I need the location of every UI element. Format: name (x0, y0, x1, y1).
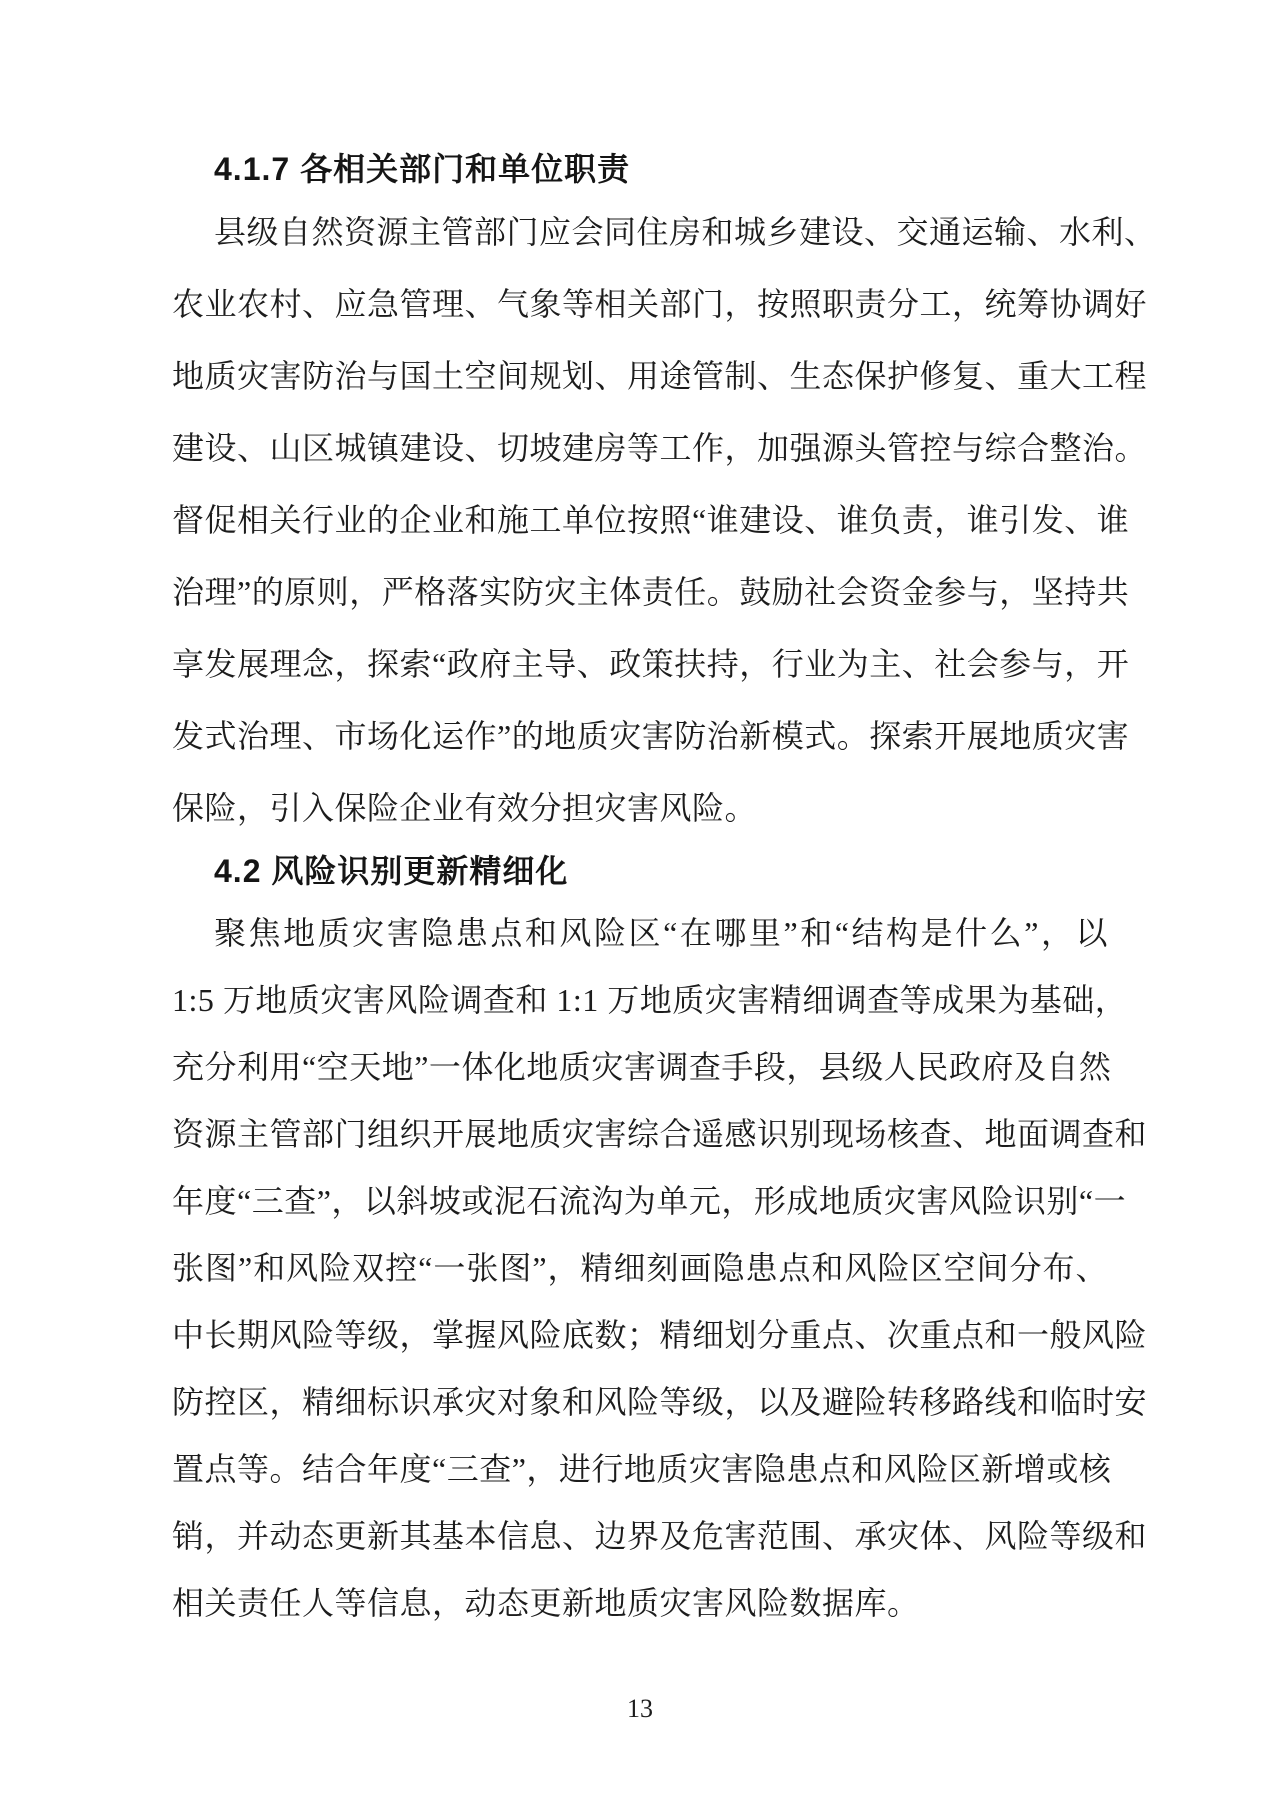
text-line: 防控区，精细标识承灾对象和风险等级，以及避险转移路线和临时安 (172, 1369, 1108, 1436)
text-line: 销，并动态更新其基本信息、边界及危害范围、承灾体、风险等级和 (172, 1503, 1108, 1570)
text-line: 置点等。结合年度“三查”，进行地质灾害隐患点和风险区新增或核 (172, 1436, 1108, 1503)
text-line: 聚焦地质灾害隐患点和风险区“在哪里”和“结构是什么”，以 (172, 900, 1108, 967)
paragraph-department-duties: 县级自然资源主管部门应会同住房和城乡建设、交通运输、水利、 农业农村、应急管理、… (172, 196, 1108, 844)
text-line: 县级自然资源主管部门应会同住房和城乡建设、交通运输、水利、 (172, 196, 1108, 268)
text-line: 相关责任人等信息，动态更新地质灾害风险数据库。 (172, 1570, 1108, 1637)
section-heading-4-2: 4.2 风险识别更新精细化 (214, 852, 1108, 890)
text-line: 1:5 万地质灾害风险调查和 1:1 万地质灾害精细调查等成果为基础， (172, 967, 1108, 1034)
text-line: 充分利用“空天地”一体化地质灾害调查手段，县级人民政府及自然 (172, 1034, 1108, 1101)
text-line: 建设、山区城镇建设、切坡建房等工作，加强源头管控与综合整治。 (172, 412, 1108, 484)
page-number: 13 (0, 1694, 1280, 1724)
text-line: 资源主管部门组织开展地质灾害综合遥感识别现场核查、地面调查和 (172, 1101, 1108, 1168)
text-line: 治理”的原则，严格落实防灾主体责任。鼓励社会资金参与，坚持共 (172, 556, 1108, 628)
text-line: 中长期风险等级，掌握风险底数；精细划分重点、次重点和一般风险 (172, 1302, 1108, 1369)
text-line: 年度“三查”，以斜坡或泥石流沟为单元，形成地质灾害风险识别“一 (172, 1168, 1108, 1235)
document-page: 4.1.7 各相关部门和单位职责 县级自然资源主管部门应会同住房和城乡建设、交通… (0, 0, 1280, 1810)
text-line: 发式治理、市场化运作”的地质灾害防治新模式。探索开展地质灾害 (172, 700, 1108, 772)
text-line: 张图”和风险双控“一张图”，精细刻画隐患点和风险区空间分布、 (172, 1235, 1108, 1302)
text-line: 享发展理念，探索“政府主导、政策扶持，行业为主、社会参与，开 (172, 628, 1108, 700)
section-heading-4-1-7: 4.1.7 各相关部门和单位职责 (214, 150, 1108, 188)
text-line: 农业农村、应急管理、气象等相关部门，按照职责分工，统筹协调好 (172, 268, 1108, 340)
paragraph-risk-identification: 聚焦地质灾害隐患点和风险区“在哪里”和“结构是什么”，以 1:5 万地质灾害风险… (172, 900, 1108, 1637)
text-line: 保险，引入保险企业有效分担灾害风险。 (172, 772, 1108, 844)
text-line: 地质灾害防治与国土空间规划、用途管制、生态保护修复、重大工程 (172, 340, 1108, 412)
text-line: 督促相关行业的企业和施工单位按照“谁建设、谁负责，谁引发、谁 (172, 484, 1108, 556)
